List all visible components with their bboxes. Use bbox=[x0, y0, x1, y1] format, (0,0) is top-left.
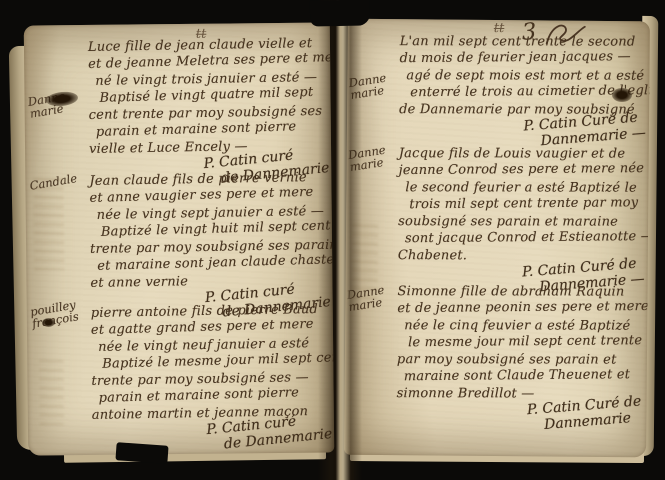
margin-place-note: Danne marie bbox=[348, 69, 407, 101]
manuscript-line: du mois de feurier jean jacques — bbox=[399, 48, 645, 67]
manuscript-line: enterré le trois au cimetier de l'eglise bbox=[410, 82, 645, 101]
register-entry: Danne marieL'an mil sept cent trente le … bbox=[399, 33, 646, 120]
register-entry: CandaleJean claude fils de pierre vernie… bbox=[89, 170, 330, 292]
manuscript-line: le mesme jour mil sept cent trente bbox=[408, 332, 643, 351]
torn-corner-notch bbox=[115, 442, 168, 464]
margin-place-note: Danne marie bbox=[346, 281, 405, 313]
manuscript-line: maraine sont Claude Theuenet et bbox=[404, 366, 643, 385]
right-page: tt 3 Danne marieL'an mil sept cent trent… bbox=[344, 19, 650, 458]
register-entry: Danne marieLuce fille de jean claude vie… bbox=[88, 36, 329, 158]
ink-blot bbox=[612, 88, 632, 102]
manuscript-line: trois mil sept cent trente par moy bbox=[409, 194, 644, 213]
gutter-top-notch bbox=[310, 0, 370, 27]
margin-place-note: Danne marie bbox=[347, 141, 406, 173]
register-entry: Danne marieSimonne fille de abraham Raqu… bbox=[397, 283, 644, 404]
left-page-entries: Danne marieLuce fille de jean claude vie… bbox=[24, 22, 330, 25]
manuscript-line: jeanne Conrod ses pere et mere née bbox=[399, 160, 645, 179]
left-page: tt Danne marieLuce fille de jean claude … bbox=[24, 22, 334, 455]
ink-blot bbox=[42, 318, 55, 327]
register-entry: pouilley françoispierre antoine fils de … bbox=[91, 302, 332, 424]
register-entry: Danne marieJacque fils de Louis vaugier … bbox=[398, 145, 645, 266]
manuscript-scan: tt Danne marieLuce fille de jean claude … bbox=[0, 0, 665, 480]
manuscript-line: sont jacque Conrod et Estieanotte — bbox=[405, 228, 644, 247]
margin-place-note: pouilley françois bbox=[29, 297, 88, 330]
manuscript-line: et de jeanne peonin ses pere et mere bbox=[397, 298, 643, 317]
showthrough-smudge bbox=[39, 355, 64, 425]
